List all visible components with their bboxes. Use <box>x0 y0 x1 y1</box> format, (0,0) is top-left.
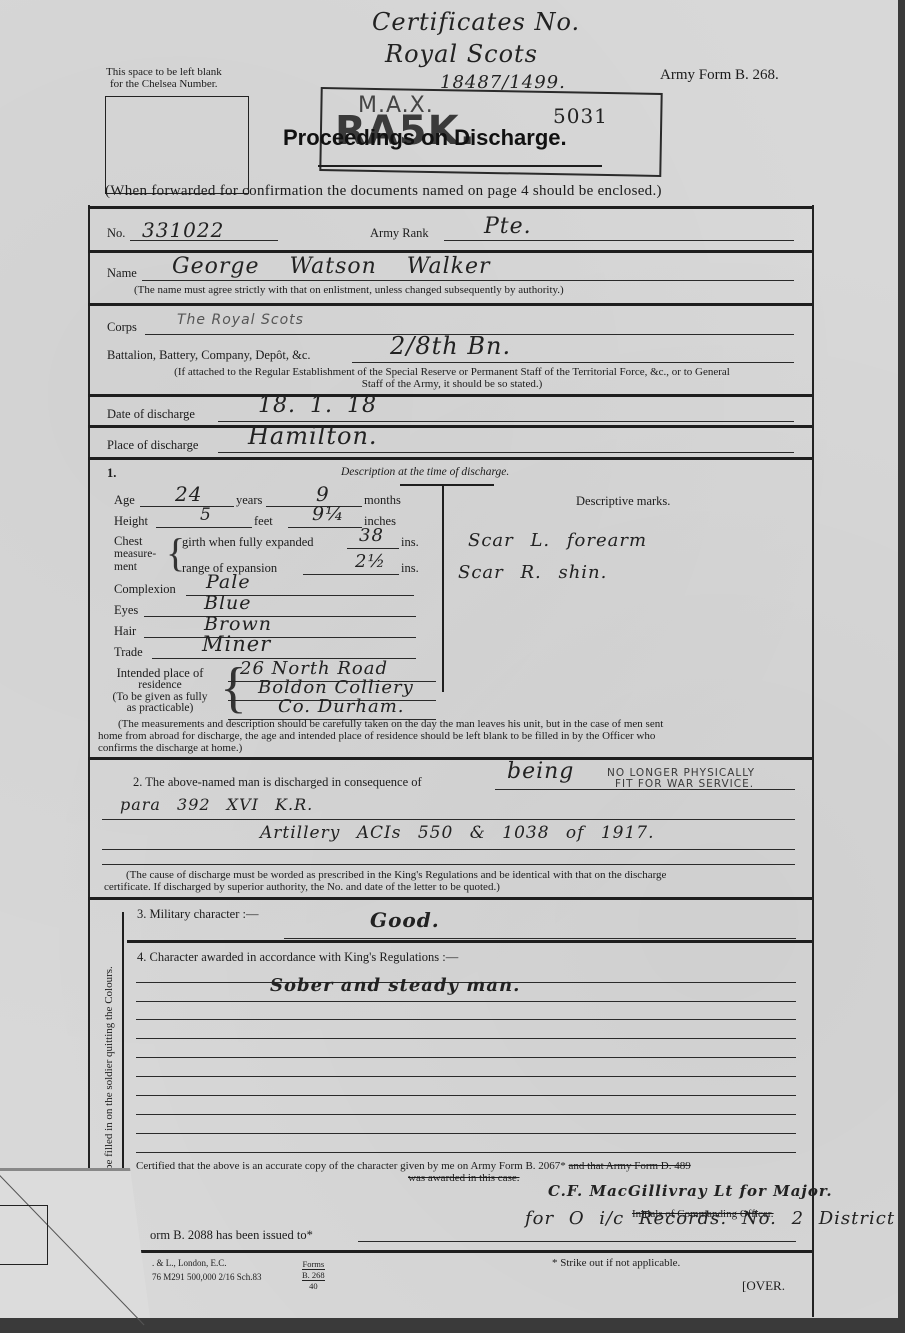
certified-struck-text: and that Army Form D. 489 <box>569 1160 691 1172</box>
chelsea-note: This space to be left blank for the Chel… <box>106 66 222 90</box>
trade-label: Trade <box>114 645 143 660</box>
description-note: (The measurements and description should… <box>98 718 798 754</box>
divider <box>88 206 812 209</box>
name-label: Name <box>107 266 137 281</box>
cause-line2-field[interactable]: para 392 XVI K.R. <box>102 801 795 820</box>
divider <box>88 394 812 397</box>
feet-label: feet <box>254 514 273 529</box>
description-column-divider <box>442 486 444 692</box>
cause-stamp-line2: FIT FOR WAR SERVICE. <box>607 779 755 790</box>
cause-label: 2. The above-named man is discharged in … <box>133 775 422 790</box>
blank-line <box>136 1057 796 1058</box>
corps-value: The Royal Scots <box>177 312 304 328</box>
girth-ins-label: ins. <box>401 535 419 550</box>
description-note-line3: confirms the discharge at home.) <box>98 742 798 754</box>
age-label: Age <box>114 493 135 508</box>
descriptive-marks-heading: Descriptive marks. <box>576 494 670 509</box>
over-note: [OVER. <box>742 1278 785 1294</box>
descriptive-marks-line1: Scar L. forearm <box>468 530 647 551</box>
certified-struck-line2: was awarded in this case. <box>408 1172 520 1184</box>
army-rank-field[interactable]: Pte. <box>444 222 794 241</box>
battalion-value: 2/8th Bn. <box>390 332 511 360</box>
discharge-form-page: Certificates No. Royal Scots 18487/1499.… <box>0 0 898 1318</box>
battalion-field[interactable]: 2/8th Bn. <box>352 344 794 363</box>
name-value: George Watson Walker <box>172 254 491 279</box>
officer-signature: C.F. MacGillivray Lt for Major. <box>548 1182 833 1200</box>
cause-line4 <box>102 864 795 865</box>
range-value: 2½ <box>355 551 386 572</box>
place-of-discharge-value: Hamilton. <box>248 422 378 450</box>
date-of-discharge-value: 18. 1. 18 <box>258 393 377 418</box>
girth-field[interactable]: 38 <box>347 532 399 549</box>
printer-line2: 76 M291 500,000 2/16 Sch.83 <box>152 1270 262 1284</box>
service-number-field[interactable]: 331022 <box>130 222 278 241</box>
blank-line <box>136 1076 796 1077</box>
battalion-note-line2: Staff of the Army, it should be so state… <box>104 378 800 390</box>
chest-label-line1: Chest <box>114 535 156 548</box>
age-years-value: 24 <box>175 482 202 506</box>
divider <box>127 940 812 943</box>
battalion-note-line1: (If attached to the Regular Establishmen… <box>104 366 800 378</box>
printer-imprint: . & L., London, E.C. 76 M291 500,000 2/1… <box>152 1256 262 1284</box>
residence-line2-value: Boldon Colliery <box>258 677 414 698</box>
range-field[interactable]: 2½ <box>303 558 399 575</box>
chelsea-number-box[interactable] <box>105 96 249 194</box>
trade-field[interactable]: Miner <box>152 642 416 659</box>
chelsea-note-line2: for the Chelsea Number. <box>106 78 222 90</box>
military-character-label: 3. Military character :— <box>137 907 258 922</box>
character-awarded-line2[interactable]: Sober and steady man. <box>136 985 796 1002</box>
description-note-line2: home from abroad for discharge, the age … <box>98 730 798 742</box>
certified-line1: Certified that the above is an accurate … <box>136 1160 566 1172</box>
divider <box>88 757 812 760</box>
form-number: Army Form B. 268. <box>660 67 779 84</box>
forms-fraction: Forms B. 268 40 <box>302 1259 325 1291</box>
printer-line1: . & L., London, E.C. <box>152 1256 262 1270</box>
chest-label: Chest measure- ment <box>114 535 156 574</box>
chest-label-line3: ment <box>114 561 156 574</box>
cause-handwritten-1: being <box>507 759 574 784</box>
cause-note: (The cause of discharge must be worded a… <box>104 869 798 893</box>
forms-denominator: 40 <box>302 1281 325 1291</box>
military-character-value: Good. <box>370 908 440 932</box>
blank-line <box>136 1133 796 1134</box>
months-label: months <box>364 493 401 508</box>
height-feet-value: 5 <box>200 505 212 525</box>
residence-label-line2: residence <box>100 680 220 692</box>
handwritten-royal-scots: Royal Scots <box>385 40 538 68</box>
character-side-note: be filled in on the soldier quitting the… <box>103 966 115 1170</box>
service-number-label: No. <box>107 226 125 241</box>
form-issued-label: orm B. 2088 has been issued to* <box>150 1228 313 1243</box>
blank-line <box>136 1152 796 1153</box>
divider <box>88 1250 812 1253</box>
page-title: Proceedings on Discharge. <box>283 125 567 151</box>
name-field[interactable]: George Watson Walker <box>142 262 794 281</box>
blank-line <box>136 1038 796 1039</box>
corps-label: Corps <box>107 320 137 335</box>
residence-label-line4: as practicable) <box>100 703 220 715</box>
forwarding-note: (When forwarded for confirmation the doc… <box>105 183 662 200</box>
character-awarded-value: Sober and steady man. <box>270 975 520 996</box>
heading-underline <box>400 484 494 486</box>
corner-box-fragment <box>0 1205 48 1265</box>
chest-label-line2: measure- <box>114 548 156 561</box>
cause-handwritten-3: Artillery ACIs 550 & 1038 of 1917. <box>260 823 655 843</box>
trade-value: Miner <box>202 632 271 656</box>
eyes-label: Eyes <box>114 603 138 618</box>
forms-number: B. 268 <box>302 1269 325 1281</box>
complexion-value: Pale <box>206 571 251 593</box>
form-issued-field[interactable] <box>358 1241 796 1242</box>
blank-line <box>136 1019 796 1020</box>
date-of-discharge-label: Date of discharge <box>107 407 195 422</box>
name-note: (The name must agree strictly with that … <box>134 284 564 296</box>
army-rank-label: Army Rank <box>370 226 429 241</box>
height-inches-value: 9¼ <box>312 503 345 525</box>
cause-handwritten-2: para 392 XVI K.R. <box>120 795 313 814</box>
eyes-field[interactable]: Blue <box>144 600 416 617</box>
description-note-line1: (The measurements and description should… <box>98 718 798 730</box>
certified-statement: Certified that the above is an accurate … <box>136 1160 691 1172</box>
blank-line <box>136 1095 796 1096</box>
range-ins-label: ins. <box>401 561 419 576</box>
military-character-field[interactable]: Good. <box>284 922 796 939</box>
cause-line3-field[interactable]: Artillery ACIs 550 & 1038 of 1917. <box>102 831 795 850</box>
chelsea-note-line1: This space to be left blank <box>106 66 222 78</box>
divider <box>88 250 812 253</box>
height-label: Height <box>114 514 148 529</box>
complexion-label: Complexion <box>114 582 176 597</box>
army-rank-value: Pte. <box>484 214 532 239</box>
age-years-field[interactable]: 24 <box>140 490 234 507</box>
residence-line1-value: 26 North Road <box>240 658 388 679</box>
girth-value: 38 <box>359 525 384 546</box>
eyes-value: Blue <box>204 592 252 614</box>
descriptive-marks-line2: Scar R. shin. <box>458 562 607 583</box>
forms-label: Forms <box>302 1259 325 1269</box>
title-underline <box>318 165 602 167</box>
date-of-discharge-field[interactable]: 18. 1. 18 <box>218 403 794 422</box>
years-label: years <box>236 493 262 508</box>
hair-field[interactable]: Brown <box>144 621 416 638</box>
cause-note-line1: (The cause of discharge must be worded a… <box>104 869 798 881</box>
height-feet-field[interactable]: 5 <box>156 511 252 528</box>
character-awarded-label: 4. Character awarded in accordance with … <box>137 950 458 965</box>
service-number-value: 331022 <box>142 218 224 242</box>
cause-stamp: NO LONGER PHYSICALLY FIT FOR WAR SERVICE… <box>607 768 755 790</box>
place-of-discharge-field[interactable]: Hamilton. <box>218 434 794 453</box>
description-heading: Description at the time of discharge. <box>341 466 509 478</box>
strike-out-note: * Strike out if not applicable. <box>552 1257 680 1269</box>
residence-label: Intended place of residence (To be given… <box>100 667 220 715</box>
divider <box>88 425 812 428</box>
signature-line2: for O i/c Records. No. 2 District <box>525 1208 895 1229</box>
blank-line <box>136 1114 796 1115</box>
cause-note-line2: certificate. If discharged by superior a… <box>104 881 798 893</box>
residence-line3-value: Co. Durham. <box>278 696 404 717</box>
divider <box>88 457 812 460</box>
section-1-number: 1. <box>107 466 116 481</box>
height-inches-field[interactable]: 9¼ <box>288 511 362 528</box>
character-side-brace <box>122 912 124 1170</box>
divider <box>88 897 812 900</box>
battalion-label: Battalion, Battery, Company, Depôt, &c. <box>107 348 311 363</box>
place-of-discharge-label: Place of discharge <box>107 438 198 453</box>
hair-label: Hair <box>114 624 136 639</box>
battalion-note: (If attached to the Regular Establishmen… <box>104 366 800 390</box>
divider <box>88 303 812 306</box>
handwritten-certificates: Certificates No. <box>372 8 580 36</box>
girth-label: girth when fully expanded <box>182 535 314 550</box>
